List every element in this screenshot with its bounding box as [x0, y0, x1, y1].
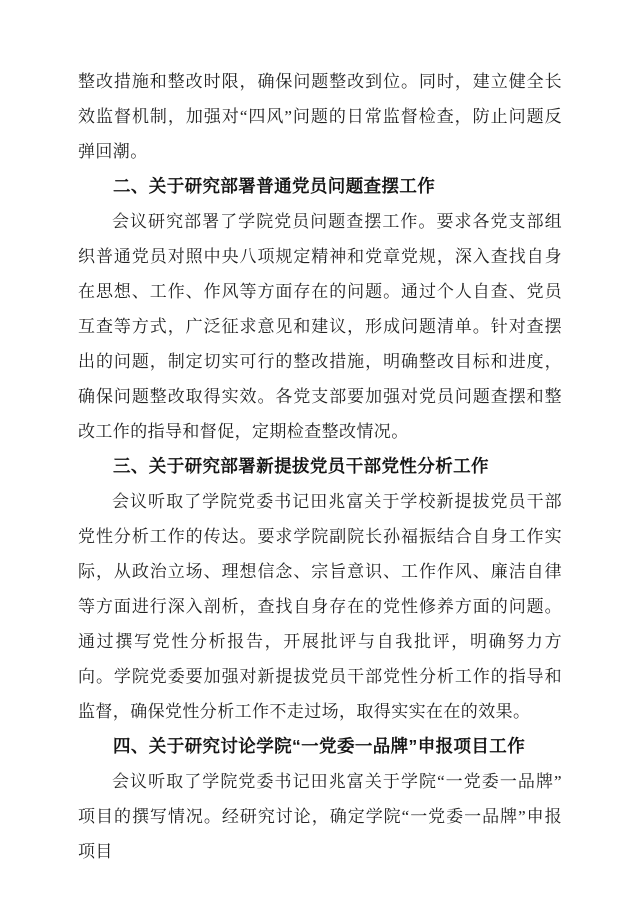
paragraph-continuation-rectification: 整改措施和整改时限，确保问题整改到位。同时，建立健全长效监督机制，加强对“四风”… [78, 64, 562, 169]
section-heading-4: 四、关于研究讨论学院“一党委一品牌”申报项目工作 [78, 729, 562, 764]
paragraph-section-4: 会议听取了学院党委书记田兆富关于学院“一党委一品牌”项目的撰写情况。经研究讨论，… [78, 764, 562, 869]
paragraph-section-3: 会议听取了学院党委书记田兆富关于学校新提拔党员干部党性分析工作的传达。要求学院副… [78, 484, 562, 729]
section-heading-3: 三、关于研究部署新提拔党员干部党性分析工作 [78, 449, 562, 484]
section-heading-2: 二、关于研究部署普通党员问题查摆工作 [78, 169, 562, 204]
paragraph-section-2: 会议研究部署了学院党员问题查摆工作。要求各党支部组织普通党员对照中央八项规定精神… [78, 204, 562, 449]
document-page: 整改措施和整改时限，确保问题整改到位。同时，建立健全长效监督机制，加强对“四风”… [0, 0, 639, 905]
